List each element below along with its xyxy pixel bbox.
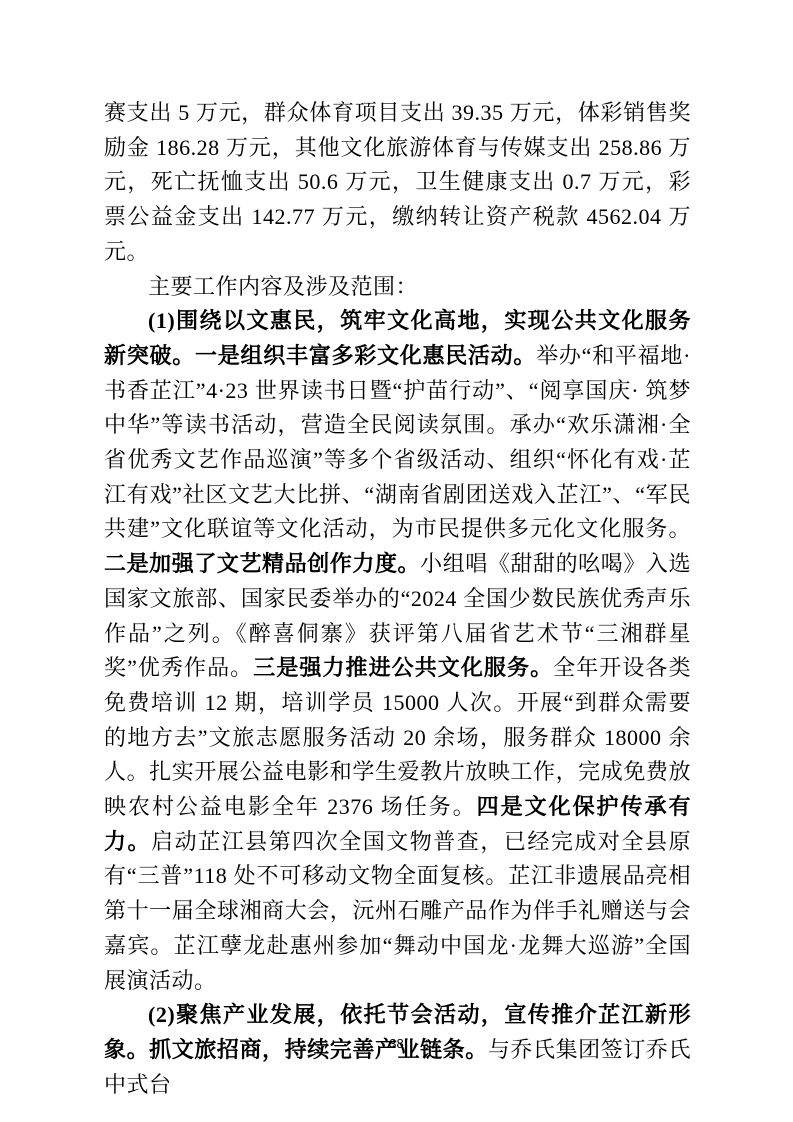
text-run: 启动芷江县第四次全国文物普查，已经完成对全县原有“三普”118 处不可移动文物全… bbox=[104, 829, 691, 993]
paragraph: 赛支出 5 万元，群众体育项目支出 39.35 万元，体彩销售奖励金 186.2… bbox=[104, 96, 691, 270]
emphasis-run: 二是加强了文艺精品创作力度。 bbox=[104, 551, 420, 576]
paragraph: 主要工作内容及涉及范围： bbox=[104, 270, 691, 305]
text-run: 主要工作内容及涉及范围： bbox=[148, 274, 418, 299]
emphasis-run: 三是强力推进公共文化服务。 bbox=[253, 655, 553, 680]
document-page: 赛支出 5 万元，群众体育项目支出 39.35 万元，体彩销售奖励金 186.2… bbox=[0, 0, 793, 1122]
text-run: 赛支出 5 万元，群众体育项目支出 39.35 万元，体彩销售奖励金 186.2… bbox=[104, 100, 691, 264]
paragraph: (1)围绕以文惠民，筑牢文化高地，实现公共文化服务新突破。一是组织丰富多彩文化惠… bbox=[104, 304, 691, 998]
page-number: 38 bbox=[0, 1036, 793, 1051]
text-run: 举办“和平福地·书香芷江”4·23 世界读书日暨“护苗行动”、“阅享国庆· 筑梦… bbox=[104, 343, 691, 542]
document-body: 赛支出 5 万元，群众体育项目支出 39.35 万元，体彩销售奖励金 186.2… bbox=[104, 96, 691, 1102]
